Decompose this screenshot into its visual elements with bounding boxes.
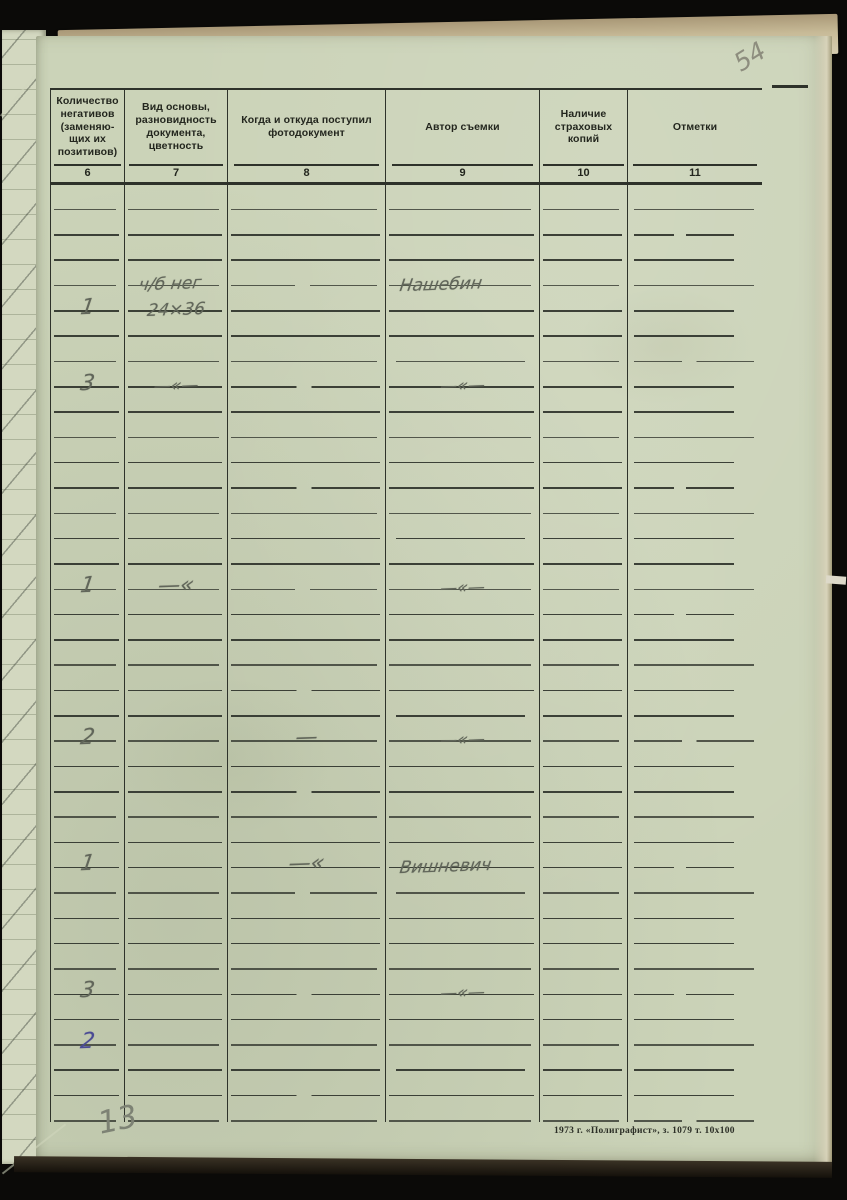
table-cell (539, 767, 627, 792)
column-number-8: 8 (227, 164, 385, 182)
table-cell (124, 312, 227, 337)
table-cell (124, 666, 227, 691)
table-cell (50, 995, 124, 1020)
table-cell: —«— (385, 565, 539, 590)
table-cell: 2 (50, 1020, 124, 1045)
table-cell: —«— (385, 970, 539, 995)
table-cell (50, 1071, 124, 1096)
table-cell (539, 388, 627, 413)
table-cell (385, 590, 539, 615)
table-cell (539, 489, 627, 514)
table-cell (227, 919, 385, 944)
table-cell: —« (227, 843, 385, 868)
table-cell (50, 666, 124, 691)
table-cell (124, 438, 227, 463)
table-cell: —« (124, 565, 227, 590)
table-cell (539, 337, 627, 362)
table-cell (385, 1020, 539, 1045)
table-cell (124, 1020, 227, 1045)
table-header-row: Количество негативов (заменяю- щих их по… (50, 88, 762, 164)
table-cell (627, 868, 762, 893)
table-row: 1—«—«— (50, 565, 762, 590)
table-cell (385, 312, 539, 337)
column-number-11: 11 (627, 164, 762, 182)
table-cell (627, 590, 762, 615)
table-cell (227, 185, 385, 210)
table-cell (50, 337, 124, 362)
table-cell (627, 742, 762, 767)
table-cell (124, 1071, 227, 1096)
table-row: 2——«— (50, 717, 762, 742)
table-cell (385, 944, 539, 969)
table-cell (627, 919, 762, 944)
table-cell (227, 463, 385, 488)
table-cell (627, 286, 762, 311)
table-cell (385, 413, 539, 438)
table-cell (227, 286, 385, 311)
table-cell (227, 312, 385, 337)
registry-page: 54 Количество негативов (заменяю- щих их… (36, 36, 832, 1164)
table-cell (227, 236, 385, 261)
table-cell (539, 413, 627, 438)
table-cell (627, 539, 762, 564)
table-cell (385, 210, 539, 235)
column-number-10: 10 (539, 164, 627, 182)
table-cell (124, 388, 227, 413)
table-cell (227, 742, 385, 767)
table-cell (627, 970, 762, 995)
table-cell (627, 1096, 762, 1121)
table-cell (627, 489, 762, 514)
table-cell (627, 691, 762, 716)
table-cell (124, 691, 227, 716)
table-cell (385, 1046, 539, 1071)
table-cell (539, 539, 627, 564)
table-cell (539, 286, 627, 311)
table-cell (539, 1046, 627, 1071)
table-cell (227, 666, 385, 691)
table-cell (385, 236, 539, 261)
table-cell (627, 438, 762, 463)
table-cell (227, 944, 385, 969)
archival-document-photo: 54 Количество негативов (заменяю- щих их… (0, 0, 847, 1200)
table-cell (50, 312, 124, 337)
table-row (50, 1096, 762, 1121)
table-row (50, 894, 762, 919)
table-cell (124, 185, 227, 210)
table-cell (539, 1096, 627, 1121)
table-cell (227, 1071, 385, 1096)
table-cell (227, 362, 385, 387)
table-cell (627, 1020, 762, 1045)
table-cell: 3 (50, 970, 124, 995)
table-cell (124, 894, 227, 919)
table-cell (385, 463, 539, 488)
table-cell: —«— (385, 717, 539, 742)
table-cell (50, 641, 124, 666)
table-row (50, 514, 762, 539)
table-cell (50, 261, 124, 286)
table-cell (385, 641, 539, 666)
table-cell: Нашебин (385, 261, 539, 286)
table-cell (539, 944, 627, 969)
table-cell: 2 (50, 717, 124, 742)
table-cell (627, 818, 762, 843)
table-cell (539, 615, 627, 640)
table-cell (627, 1046, 762, 1071)
bottom-left-pencil-note: 13 (95, 1098, 141, 1141)
table-cell (539, 514, 627, 539)
table-cell (385, 337, 539, 362)
table-row (50, 489, 762, 514)
table-row (50, 767, 762, 792)
table-cell (627, 717, 762, 742)
table-body: ч/б негНашебин124×363—«——«—1—«—«—2——«—1—… (50, 185, 762, 1122)
table-row (50, 590, 762, 615)
page-number-pencil: 54 (729, 36, 771, 77)
table-cell (124, 489, 227, 514)
table-cell (627, 1071, 762, 1096)
torn-right-page-edge (814, 36, 832, 1164)
table-cell (227, 894, 385, 919)
table-row (50, 868, 762, 893)
column-header-7: Вид основы, разновидность документа, цве… (124, 90, 227, 164)
table-cell: 1 (50, 843, 124, 868)
table-cell (227, 539, 385, 564)
table-cell (124, 995, 227, 1020)
table-cell (50, 944, 124, 969)
table-cell (539, 970, 627, 995)
table-cell (539, 236, 627, 261)
table-cell (124, 236, 227, 261)
table-cell (627, 793, 762, 818)
table-cell (627, 995, 762, 1020)
table-cell (627, 210, 762, 235)
table-cell (227, 793, 385, 818)
table-cell (227, 868, 385, 893)
table-cell (539, 742, 627, 767)
table-cell (539, 717, 627, 742)
table-cell: Вишневич (385, 843, 539, 868)
table-row (50, 615, 762, 640)
table-cell (385, 438, 539, 463)
table-cell (539, 185, 627, 210)
table-cell (124, 717, 227, 742)
table-cell: —«— (385, 362, 539, 387)
column-header-6: Количество негативов (заменяю- щих их по… (50, 90, 124, 164)
table-cell (385, 1071, 539, 1096)
table-row: 1—«Вишневич (50, 843, 762, 868)
table-cell (124, 1096, 227, 1121)
table-cell (539, 919, 627, 944)
table-cell (627, 767, 762, 792)
table-row (50, 818, 762, 843)
table-cell (627, 185, 762, 210)
table-cell (124, 590, 227, 615)
table-cell (627, 261, 762, 286)
column-number-7: 7 (124, 164, 227, 182)
table-row (50, 691, 762, 716)
registry-table: Количество негативов (заменяю- щих их по… (50, 88, 762, 1122)
table-cell (227, 995, 385, 1020)
printer-imprint: 1973 г. «Полиграфист», з. 1079 т. 10х100 (554, 1126, 735, 1136)
table-cell (385, 691, 539, 716)
table-cell (227, 565, 385, 590)
table-cell (124, 970, 227, 995)
table-cell (385, 185, 539, 210)
table-cell (124, 793, 227, 818)
table-cell (124, 944, 227, 969)
table-row: 2 (50, 1020, 762, 1045)
table-cell (124, 641, 227, 666)
table-cell: 3 (50, 362, 124, 387)
table-cell (539, 438, 627, 463)
table-row (50, 666, 762, 691)
table-cell (385, 868, 539, 893)
table-cell (50, 388, 124, 413)
table-cell (50, 919, 124, 944)
table-cell (627, 337, 762, 362)
table-cell (124, 868, 227, 893)
table-row: ч/б негНашебин (50, 261, 762, 286)
table-cell (627, 944, 762, 969)
table-cell (539, 565, 627, 590)
table-row (50, 539, 762, 564)
table-cell (627, 362, 762, 387)
table-cell (50, 413, 124, 438)
table-cell (227, 818, 385, 843)
table-cell (539, 868, 627, 893)
table-cell (50, 767, 124, 792)
table-cell: 1 (50, 286, 124, 311)
table-cell (539, 210, 627, 235)
table-cell (50, 818, 124, 843)
table-row: 3—«— (50, 970, 762, 995)
table-cell (124, 919, 227, 944)
table-cell (227, 388, 385, 413)
table-cell (627, 388, 762, 413)
table-cell (539, 691, 627, 716)
table-cell (539, 312, 627, 337)
table-cell (50, 236, 124, 261)
column-number-6: 6 (50, 164, 124, 182)
table-cell (227, 337, 385, 362)
table-row (50, 388, 762, 413)
table-cell (627, 413, 762, 438)
table-cell (385, 666, 539, 691)
table-cell (50, 894, 124, 919)
table-cell (539, 641, 627, 666)
table-cell (50, 210, 124, 235)
table-row (50, 944, 762, 969)
table-cell (539, 362, 627, 387)
table-cell (124, 413, 227, 438)
table-row (50, 312, 762, 337)
column-number-9: 9 (385, 164, 539, 182)
table-cell (124, 1046, 227, 1071)
table-cell (627, 514, 762, 539)
table-cell (539, 261, 627, 286)
table-cell (227, 970, 385, 995)
table-cell (50, 514, 124, 539)
table-cell (50, 793, 124, 818)
table-cell: —«— (124, 362, 227, 387)
table-cell (385, 767, 539, 792)
table-row (50, 463, 762, 488)
table-row (50, 236, 762, 261)
table-row (50, 1046, 762, 1071)
table-cell (539, 666, 627, 691)
table-cell (539, 590, 627, 615)
table-row (50, 337, 762, 362)
table-cell (627, 641, 762, 666)
table-cell (50, 185, 124, 210)
column-header-10: Наличие страховых копий (539, 90, 627, 164)
table-cell (227, 261, 385, 286)
table-cell (385, 286, 539, 311)
table-cell (627, 666, 762, 691)
table-cell (385, 539, 539, 564)
table-cell (385, 1096, 539, 1121)
table-cell (539, 843, 627, 868)
table-cell (539, 1020, 627, 1045)
table-cell (124, 337, 227, 362)
table-cell: — (227, 717, 385, 742)
table-cell (227, 641, 385, 666)
table-row (50, 438, 762, 463)
table-row (50, 641, 762, 666)
table-cell (227, 413, 385, 438)
table-cell (385, 793, 539, 818)
table-cell (385, 818, 539, 843)
table-cell (539, 463, 627, 488)
table-cell (50, 438, 124, 463)
table-row (50, 742, 762, 767)
table-cell (50, 1046, 124, 1071)
table-cell (50, 868, 124, 893)
table-cell (227, 210, 385, 235)
table-cell (539, 995, 627, 1020)
page-marker-sliver (826, 575, 847, 584)
column-header-9: Автор съемки (385, 90, 539, 164)
table-cell (627, 312, 762, 337)
table-cell (627, 894, 762, 919)
table-cell (50, 742, 124, 767)
table-cell (124, 514, 227, 539)
table-cell (50, 590, 124, 615)
table-row (50, 793, 762, 818)
table-cell (385, 489, 539, 514)
table-cell (124, 539, 227, 564)
table-cell: 24×36 (124, 286, 227, 311)
table-cell (627, 565, 762, 590)
column-header-11: Отметки (627, 90, 762, 164)
rule-dash-fragment (772, 85, 808, 88)
table-cell (227, 489, 385, 514)
table-row: 3—«——«— (50, 362, 762, 387)
table-cell (385, 514, 539, 539)
table-row: 124×36 (50, 286, 762, 311)
table-cell (385, 919, 539, 944)
table-row (50, 413, 762, 438)
table-cell (627, 843, 762, 868)
table-row (50, 1071, 762, 1096)
table-row (50, 995, 762, 1020)
table-cell (627, 615, 762, 640)
table-cell (539, 793, 627, 818)
table-cell (124, 818, 227, 843)
table-row (50, 185, 762, 210)
table-cell (227, 590, 385, 615)
table-cell (50, 463, 124, 488)
table-cell (227, 1020, 385, 1045)
table-cell (385, 995, 539, 1020)
table-row (50, 210, 762, 235)
table-cell: ч/б нег (124, 261, 227, 286)
column-number-row: 67891011 (50, 164, 762, 185)
table-cell (124, 742, 227, 767)
table-cell (539, 894, 627, 919)
table-cell (124, 210, 227, 235)
table-cell (539, 1071, 627, 1096)
table-cell (227, 615, 385, 640)
table-cell (50, 489, 124, 514)
table-cell (227, 1046, 385, 1071)
table-cell (385, 388, 539, 413)
table-cell (124, 843, 227, 868)
table-cell (124, 767, 227, 792)
table-cell: 1 (50, 565, 124, 590)
table-cell (227, 514, 385, 539)
table-cell (385, 742, 539, 767)
table-cell (50, 539, 124, 564)
table-cell (385, 894, 539, 919)
table-cell (227, 1096, 385, 1121)
table-row (50, 919, 762, 944)
table-cell (50, 691, 124, 716)
table-cell (627, 463, 762, 488)
table-cell (124, 463, 227, 488)
table-cell (385, 615, 539, 640)
column-header-8: Когда и откуда поступил фотодокумент (227, 90, 385, 164)
table-cell (227, 438, 385, 463)
table-cell (539, 818, 627, 843)
table-cell (227, 691, 385, 716)
table-cell (627, 236, 762, 261)
table-cell (227, 767, 385, 792)
table-cell (124, 615, 227, 640)
table-cell (50, 615, 124, 640)
